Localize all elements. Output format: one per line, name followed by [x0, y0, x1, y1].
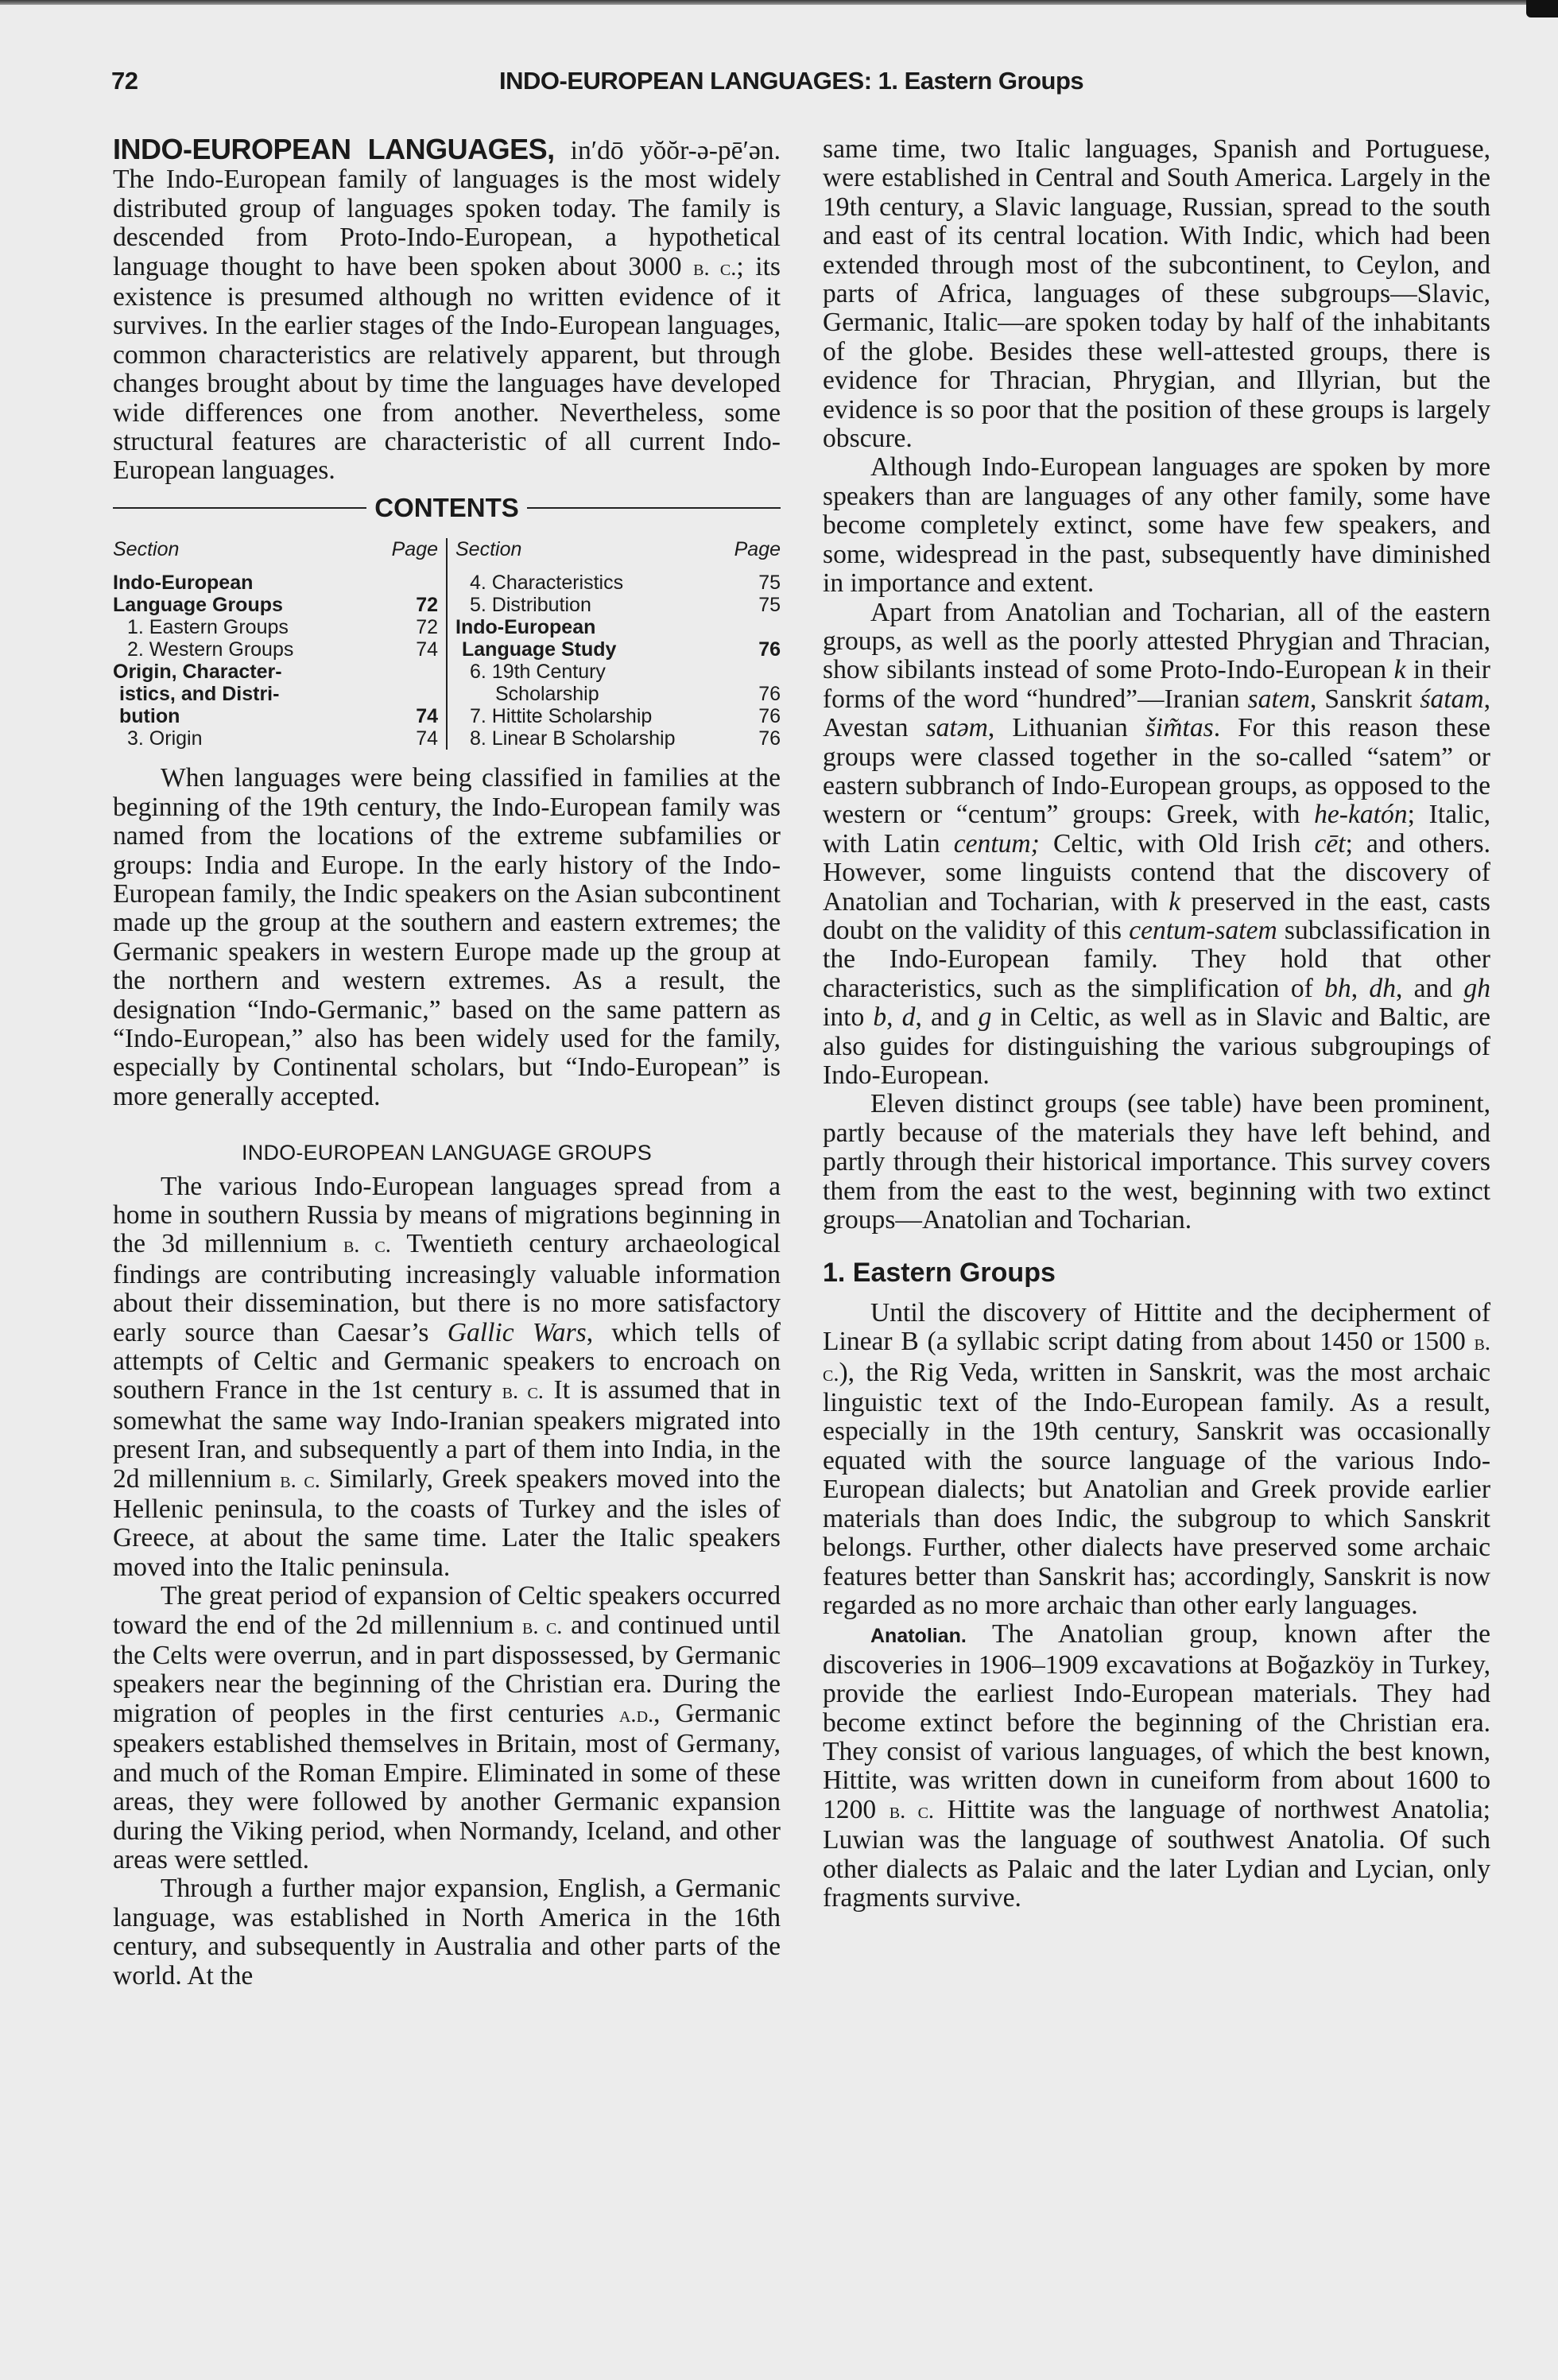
paragraph-satem-centum: Apart from Anatolian and Tocharian, all …: [823, 599, 1490, 1091]
paragraph-english: Through a further major expansion, Engli…: [113, 1874, 781, 1990]
running-head-title: INDO-EUROPEAN LANGUAGES: 1. Eastern Grou…: [499, 67, 1083, 95]
toc-entry[interactable]: Indo-European: [455, 616, 781, 638]
scan-top-edge: [0, 0, 1558, 5]
toc-entry[interactable]: Scholarship76: [455, 683, 781, 705]
toc-entry[interactable]: 6. 19th Century: [455, 661, 781, 683]
section-heading: INDO-EUROPEAN LANGUAGE GROUPS: [113, 1138, 781, 1167]
toc-entry[interactable]: 5. Distribution75: [455, 594, 781, 616]
toc-entry[interactable]: 8. Linear B Scholarship76: [455, 727, 781, 750]
entry-headword: INDO-EUROPEAN LANGUAGES,: [113, 133, 555, 165]
toc-entry[interactable]: 4. Characteristics75: [455, 572, 781, 594]
paragraph-until: Until the discovery of Hittite and the d…: [823, 1299, 1490, 1620]
paragraph-anatolian: Anatolian. The Anatolian group, known af…: [823, 1620, 1490, 1913]
paragraph-continuation: same time, two Italic languages, Spanish…: [823, 135, 1490, 453]
toc-entry[interactable]: 2. Western Groups74: [113, 638, 438, 661]
toc-entry[interactable]: 1. Eastern Groups72: [113, 616, 438, 638]
right-column: same time, two Italic languages, Spanish…: [823, 135, 1490, 1913]
toc-entry[interactable]: Language Study76: [455, 638, 781, 661]
contents-left-column: SectionPage Indo-European Language Group…: [113, 538, 448, 750]
toc-entry[interactable]: istics, and Distri-: [113, 683, 438, 705]
subsection-heading: 1. Eastern Groups: [823, 1258, 1490, 1287]
contents-table: SectionPage Indo-European Language Group…: [113, 538, 781, 750]
scan-corner-shadow: [1526, 0, 1558, 17]
paragraph-naming: When languages were being classified in …: [113, 764, 781, 1111]
toc-entry[interactable]: 7. Hittite Scholarship76: [455, 705, 781, 727]
run-in-heading: Anatolian.: [870, 1625, 967, 1647]
rule-divider: [113, 507, 366, 509]
paragraph-celtic: The great period of expansion of Celtic …: [113, 1582, 781, 1874]
paragraph-eleven-groups: Eleven distinct groups (see table) have …: [823, 1090, 1490, 1235]
contents-right-column: SectionPage 4. Characteristics75 5. Dist…: [448, 538, 781, 750]
entry-pronunciation: in′dō yŏŏr-ə-pē′ən.: [555, 136, 781, 165]
paragraph-spread: The various Indo-European languages spre…: [113, 1173, 781, 1583]
entry-intro: INDO-EUROPEAN LANGUAGES, in′dō yŏŏr-ə-pē…: [113, 135, 781, 486]
rule-divider: [527, 507, 781, 509]
running-head: 72 INDO-EUROPEAN LANGUAGES: 1. Eastern G…: [111, 67, 1463, 107]
toc-entry[interactable]: Language Groups72: [113, 594, 438, 616]
contents-heading: CONTENTS: [113, 494, 781, 522]
toc-entry[interactable]: Indo-European: [113, 572, 438, 594]
left-column: INDO-EUROPEAN LANGUAGES, in′dō yŏŏr-ə-pē…: [113, 135, 781, 1990]
toc-entry[interactable]: 3. Origin74: [113, 727, 438, 750]
toc-entry[interactable]: bution74: [113, 705, 438, 727]
paragraph-although: Although Indo-European languages are spo…: [823, 453, 1490, 598]
toc-entry[interactable]: Origin, Character-: [113, 661, 438, 683]
page-number: 72: [111, 67, 138, 95]
